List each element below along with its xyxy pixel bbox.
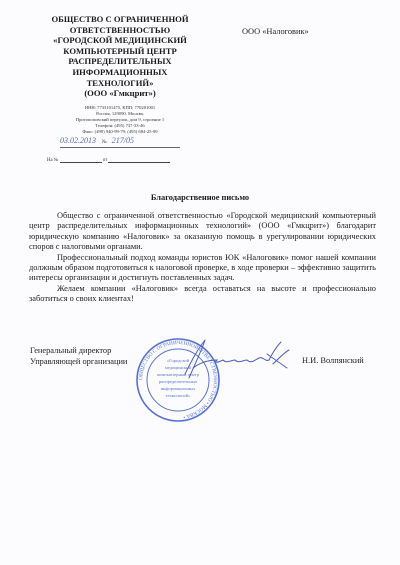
reply-number-blank — [60, 162, 102, 163]
org-name-line: ОТВЕТСТВЕННОСТЬЮ — [40, 25, 200, 36]
signatory-name: Н.И. Волпянский — [302, 356, 364, 365]
handwritten-signature-icon — [183, 334, 293, 384]
svg-text:технологий»: технологий» — [166, 393, 191, 398]
outgoing-number: 217/05 — [112, 136, 134, 145]
reply-from-label: от — [103, 158, 107, 163]
org-name-line: ОБЩЕСТВО С ОГРАНИЧЕННОЙ — [40, 14, 200, 25]
svg-text:информационных: информационных — [161, 386, 197, 391]
paragraph: Желаем компании «Налоговик» всегда остав… — [29, 284, 376, 305]
outgoing-date: 03.02.2013 — [60, 136, 96, 145]
letter-body: Общество с ограниченной ответственностью… — [29, 211, 376, 305]
letter-title: Благодарственное письмо — [0, 193, 400, 202]
org-details: ИНН: 7733101475, КПП: 770201001 Россия, … — [40, 105, 200, 135]
signatory-title: Генеральный директор Управляющей организ… — [30, 346, 127, 367]
recipient: ООО «Налоговик» — [242, 27, 309, 36]
org-name-line: ИНФОРМАЦИОННЫХ — [40, 67, 200, 78]
signatory-title-line: Генеральный директор — [30, 346, 127, 357]
outgoing-number-label: № — [102, 140, 107, 145]
letter-page: ОБЩЕСТВО С ОГРАНИЧЕННОЙ ОТВЕТСТВЕННОСТЬЮ… — [0, 0, 400, 565]
reply-date-blank — [108, 162, 170, 163]
reply-number-label: На № — [47, 158, 58, 163]
org-name: ОБЩЕСТВО С ОГРАНИЧЕННОЙ ОТВЕТСТВЕННОСТЬЮ… — [40, 14, 200, 99]
letterhead: ОБЩЕСТВО С ОГРАНИЧЕННОЙ ОТВЕТСТВЕННОСТЬЮ… — [40, 14, 200, 135]
paragraph: Профессиональный подход команды юристов … — [29, 253, 376, 284]
paragraph: Общество с ограниченной ответственностью… — [29, 211, 376, 253]
org-fax: Факс: (499) 940-99-79; (495) 684-25-99 — [40, 129, 200, 135]
org-name-line: КОМПЬЮТЕРНЫЙ ЦЕНТР — [40, 46, 200, 57]
reply-reference: На № от — [47, 158, 170, 163]
org-name-line: «ГОРОДСКОЙ МЕДИЦИНСКИЙ — [40, 35, 200, 46]
org-name-line: (ООО «Гмкцрит») — [40, 88, 200, 99]
org-name-line: ТЕХНОЛОГИЙ» — [40, 78, 200, 89]
org-name-line: РАСПРЕДЕЛИТЕЛЬНЫХ — [40, 56, 200, 67]
signatory-title-line: Управляющей организации — [30, 357, 127, 368]
outgoing-reference: 03.02.2013 № 217/05 — [60, 136, 180, 148]
